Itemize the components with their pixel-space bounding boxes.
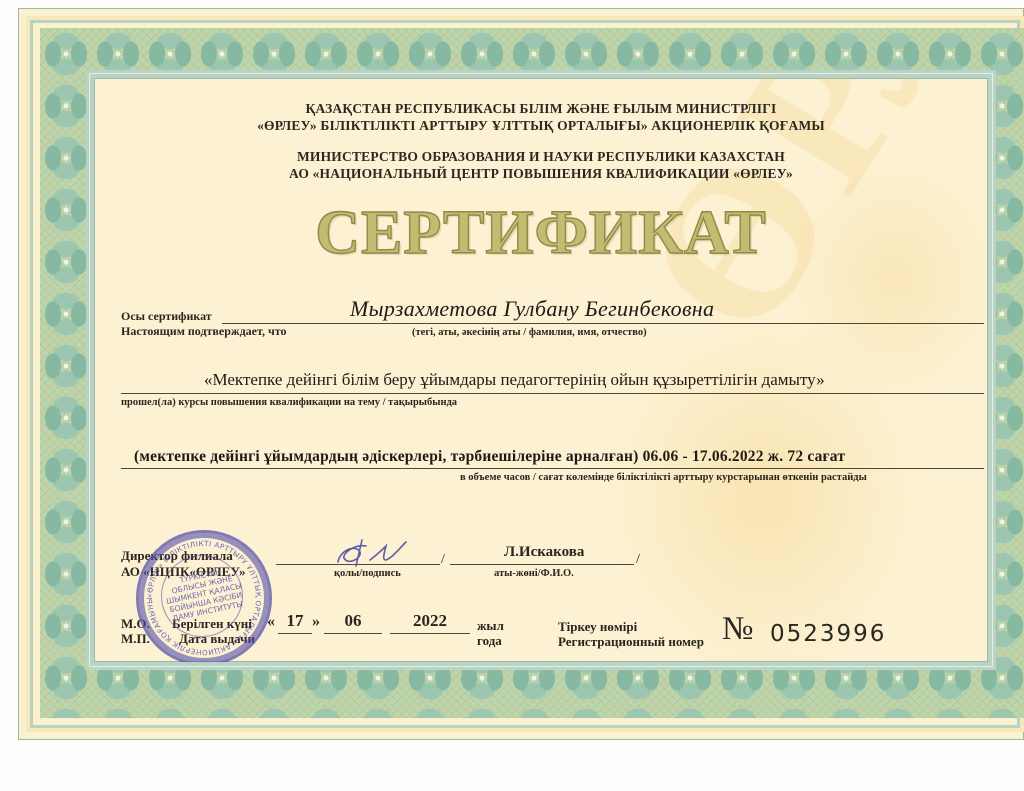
year-line (390, 633, 470, 634)
certificate-sheet: ӨРЛЕУ ҚАЗАҚСТАН РЕСПУБЛИКАСЫ БІЛІМ ЖӘНЕ … (18, 8, 1024, 740)
signatory-name: Л.Искакова (504, 544, 584, 561)
signature-separator: / (441, 552, 445, 568)
course-hours-caption: в объеме часов / сағат көлемінде білікті… (460, 472, 867, 483)
recipient-label-kz: Осы сертификат (121, 309, 212, 324)
month-line (324, 633, 382, 634)
year-label-ru: года (477, 633, 502, 649)
registration-number: 0523996 (770, 621, 886, 647)
header-kz-ministry: ҚАЗАҚСТАН РЕСПУБЛИКАСЫ БІЛІМ ЖӘНЕ ҒЫЛЫМ … (94, 100, 988, 117)
certificate-title: СЕРТИФИКАТ (94, 198, 988, 269)
recipient-label-ru: Настоящим подтверждает, что (121, 324, 287, 339)
course-topic: «Мектепке дейінгі білім беру ұйымдары пе… (204, 370, 825, 390)
official-stamp: «ӨРЛЕУ» БІЛІКТІЛІКТІ АРТТЫРУ ҰЛТТЫҚ ОРТА… (136, 530, 272, 662)
certificate-paper: ӨРЛЕУ ҚАЗАҚСТАН РЕСПУБЛИКАСЫ БІЛІМ ЖӘНЕ … (94, 78, 988, 662)
recipient-name: Мырзахметова Гулбану Бегинбековна (350, 296, 714, 322)
course-topic-line (121, 393, 984, 394)
issue-month: 06 (324, 611, 382, 631)
certificate-content: ҚАЗАҚСТАН РЕСПУБЛИКАСЫ БІЛІМ ЖӘНЕ ҒЫЛЫМ … (94, 78, 988, 662)
issue-day: 17 (278, 611, 312, 631)
signatory-name-separator: / (636, 552, 640, 568)
day-close-quote: » (312, 613, 320, 631)
recipient-name-caption: (тегі, аты, әкесінің аты / фамилия, имя,… (412, 327, 647, 338)
day-line (278, 633, 312, 634)
header-ru-ministry: МИНИСТЕРСТВО ОБРАЗОВАНИЯ И НАУКИ РЕСПУБЛ… (94, 148, 988, 165)
signature-caption: қолы/подпись (334, 568, 401, 579)
header-kz-organization: «ӨРЛЕУ» БІЛІКТІЛІКТІ АРТТЫРУ ҰЛТТЫҚ ОРТА… (94, 117, 988, 134)
signatory-name-caption: аты-жөні/Ф.И.О. (494, 568, 574, 579)
signatory-name-line (450, 564, 634, 565)
course-topic-caption: прошел(ла) курсы повышения квалификации … (121, 397, 457, 408)
issue-year: 2022 (390, 611, 470, 631)
registration-label-kz: Тіркеу нөмірі (558, 619, 637, 635)
course-details-line (121, 468, 984, 469)
registration-label-ru: Регистрационный номер (558, 634, 704, 650)
header-ru-organization: АО «НАЦИОНАЛЬНЫЙ ЦЕНТР ПОВЫШЕНИЯ КВАЛИФИ… (94, 165, 988, 182)
year-label-kz: жыл (477, 618, 504, 634)
recipient-name-line (222, 323, 984, 324)
inner-frame: ӨРЛЕУ ҚАЗАҚСТАН РЕСПУБЛИКАСЫ БІЛІМ ЖӘНЕ … (86, 70, 996, 670)
numero-sign: № (722, 611, 754, 648)
course-details: (мектепке дейінгі ұйымдардың әдіскерлері… (134, 448, 845, 466)
